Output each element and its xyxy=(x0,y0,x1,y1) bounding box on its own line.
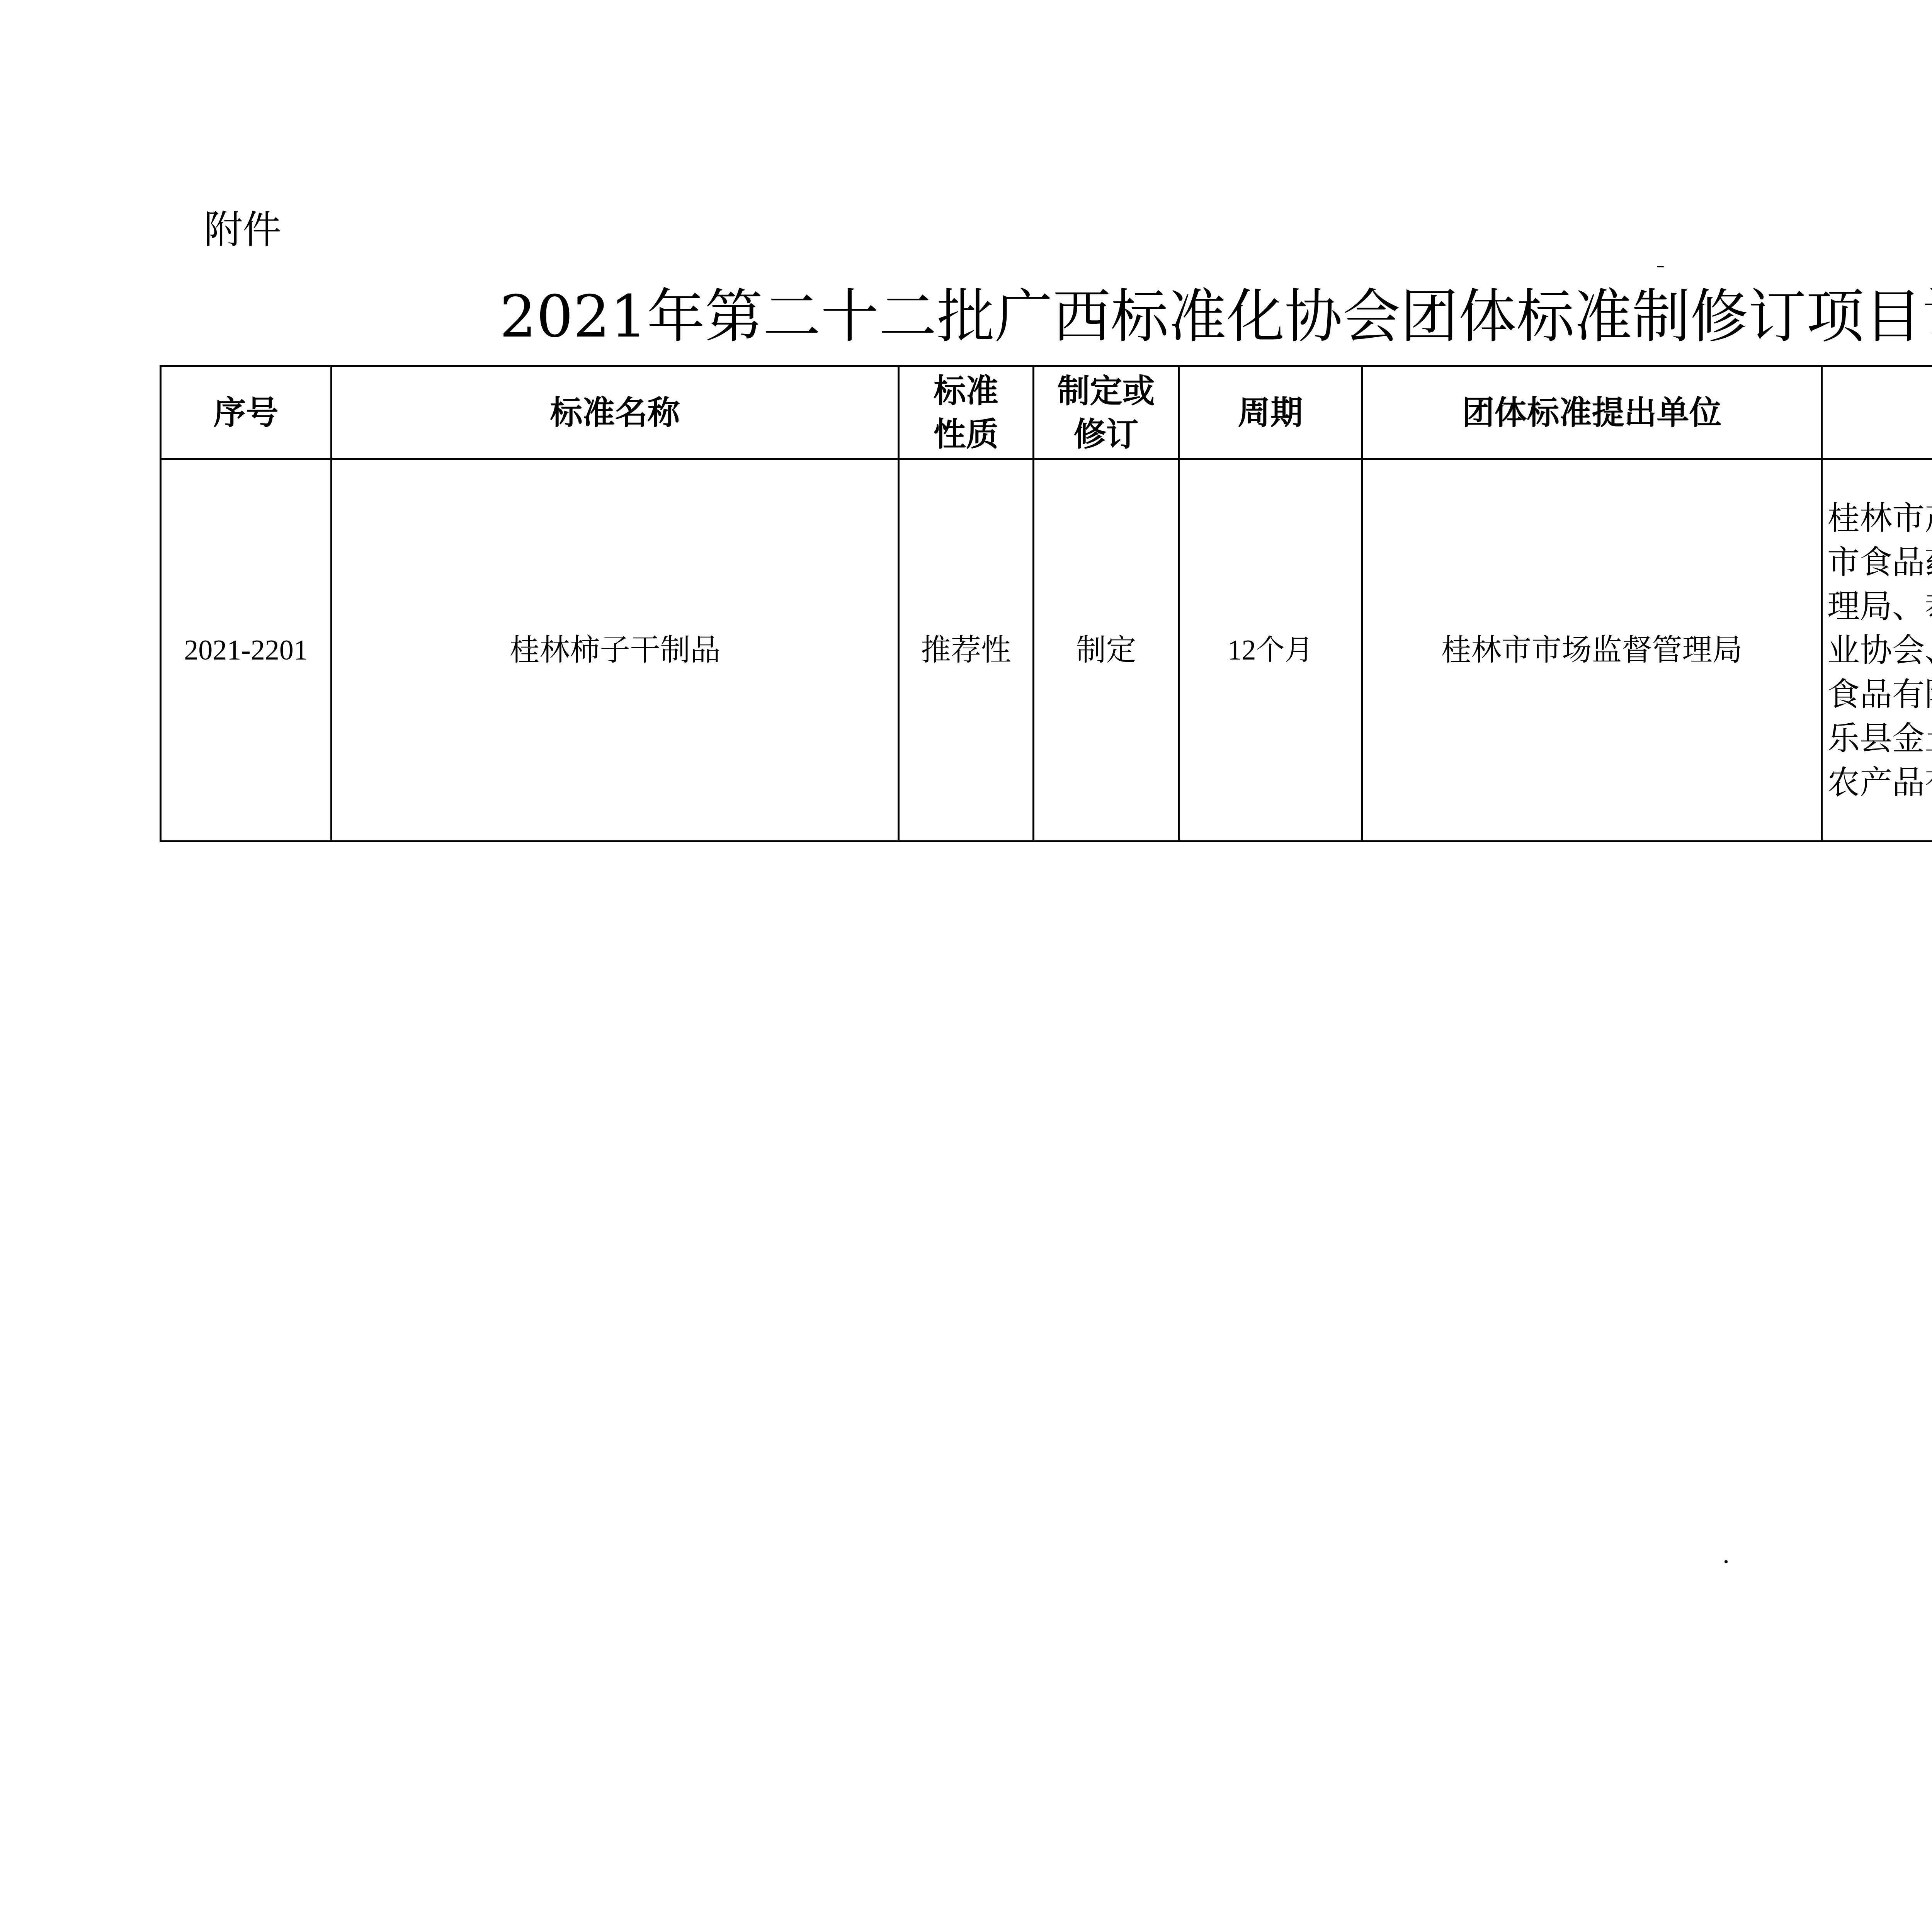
header-nature-line2: 性质 xyxy=(900,413,1032,456)
cell-drafting-units: 桂林市产品质量检验所、广西工商学校、桂林市食品药品审评查验中心、平乐县市场监督管… xyxy=(1822,459,1932,842)
header-standard-nature: 标准 性质 xyxy=(899,366,1034,459)
page-title: 2021年第二十二批广西标准化协会团体标准制修订项目计划汇总表 xyxy=(0,288,1932,346)
header-establish-or-revise: 制定或 修订 xyxy=(1034,366,1179,459)
cell-type: 制定 xyxy=(1034,459,1179,842)
header-period: 周期 xyxy=(1179,366,1362,459)
plan-summary-table: 序号 标准名称 标准 性质 制定或 修订 周期 团体标准提出单位 主要负责起草单… xyxy=(160,365,1932,842)
header-serial: 序号 xyxy=(161,366,332,459)
attachment-label: 附件 xyxy=(204,211,281,249)
cell-serial: 2021-2201 xyxy=(161,459,332,842)
scan-speck xyxy=(1725,1560,1728,1563)
scan-speck xyxy=(1657,266,1664,267)
header-proposing-unit: 团体标准提出单位 xyxy=(1362,366,1822,459)
cell-nature: 推荐性 xyxy=(899,459,1034,842)
table-header-row: 序号 标准名称 标准 性质 制定或 修订 周期 团体标准提出单位 主要负责起草单… xyxy=(161,366,1932,459)
cell-proposing-unit: 桂林市市场监督管理局 xyxy=(1362,459,1822,842)
cell-period: 12个月 xyxy=(1179,459,1362,842)
header-type-line1: 制定或 xyxy=(1034,369,1178,413)
table-row: 2021-2201 桂林柿子干制品 推荐性 制定 12个月 桂林市市场监督管理局… xyxy=(161,459,1932,842)
cell-standard-name: 桂林柿子干制品 xyxy=(332,459,899,842)
header-drafting-units: 主要负责起草单位 xyxy=(1822,366,1932,459)
header-type-line2: 修订 xyxy=(1034,413,1178,456)
header-standard-name: 标准名称 xyxy=(332,366,899,459)
header-nature-line1: 标准 xyxy=(900,369,1032,413)
